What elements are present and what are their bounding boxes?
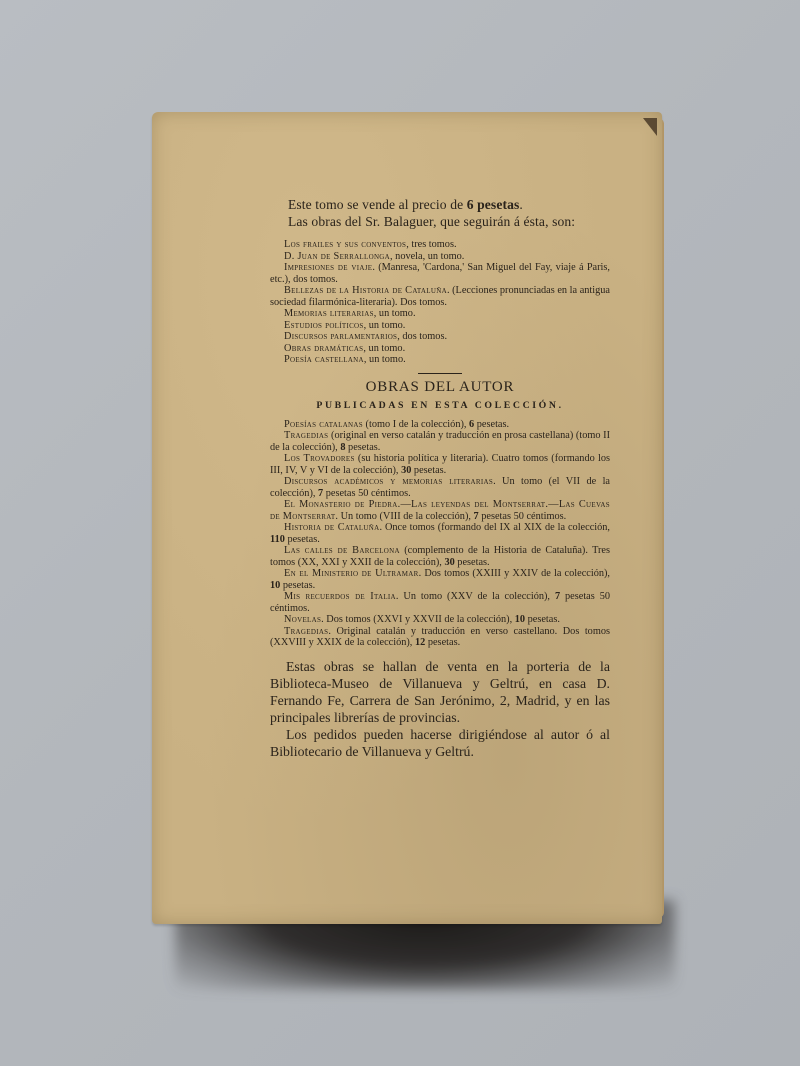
price-line: Este tomo se vende al precio de 6 peseta… [270,196,610,213]
work-detail: , un tomo. [364,320,406,331]
work-price-unit: pesetas. [474,419,509,430]
work-price-unit: pesetas. [285,534,320,545]
work-title: Los Trovadores [284,453,355,464]
published-work-item: Novelas. Dos tomos (XXVI y XXVII de la c… [270,614,610,626]
upcoming-works-list: Los frailes y sus conventos, tres tomos.… [270,239,610,366]
work-title: Tragedias [284,430,328,441]
published-work-item: El Monasterio de Piedra.—Las leyendas de… [270,499,610,522]
work-price-unit: pesetas. [455,557,490,568]
work-detail: . Once tomos (formando del IX al XIX de … [379,522,610,533]
closing-notes: Estas obras se hallan de venta en la por… [270,658,610,760]
work-price-unit: pesetas. [411,465,446,476]
upcoming-work-item: Memorias literarias, un tomo. [270,308,610,320]
work-detail: . Dos tomos (XXVI y XXVII de la colecció… [321,614,515,625]
work-detail: , un tomo. [364,354,406,365]
price-suffix: . [519,197,523,212]
work-title: Las calles de Barcelona [284,545,400,556]
orders-note: Los pedidos pueden hacerse dirigiéndose … [270,726,610,760]
work-price: 30 [401,465,411,476]
work-price-unit: pesetas. [525,614,560,625]
work-price: 12 [415,637,425,648]
work-title: Tragedias [284,626,328,637]
work-price: 110 [270,534,285,545]
upcoming-work-item: Discursos parlamentarios, dos tomos. [270,331,610,343]
work-title: En el Ministerio de Ultramar [284,568,419,579]
work-title: Impresiones de viaje [284,262,372,273]
price-prefix: Este tomo se vende al precio de [288,197,467,212]
work-detail: , un tomo. [374,308,416,319]
work-detail: (tomo I de la colección), [363,419,469,430]
divider-rule [418,373,462,374]
published-work-item: Tragedias. Original catalán y traducción… [270,626,610,649]
work-price-unit: pesetas 50 céntimos. [479,511,567,522]
published-work-item: Discursos académicos y memorias literari… [270,476,610,499]
upcoming-work-item: Estudios políticos, un tomo. [270,320,610,332]
published-work-item: Los Trovadores (su historia política y l… [270,453,610,476]
work-title: D. Juan de Serrallonga [284,251,390,262]
work-price-unit: pesetas. [425,637,460,648]
published-work-item: Historia de Cataluña. Once tomos (forman… [270,522,610,545]
upcoming-work-item: Obras dramáticas, un tomo. [270,343,610,355]
published-work-item: Tragedias (original en verso catalán y t… [270,430,610,453]
published-work-item: Mis recuerdos de Italia. Un tomo (XXV de… [270,591,610,614]
work-detail: , tres tomos. [406,239,456,250]
upcoming-intro: Las obras del Sr. Balaguer, que seguirán… [270,213,610,230]
section-subtitle: PUBLICADAS EN ESTA COLECCIÓN. [270,400,610,411]
work-detail: . Dos tomos (XXIII y XXIV de la colecció… [419,568,610,579]
work-detail: , un tomo. [363,343,405,354]
work-title: Poesías catalanas [284,419,363,430]
work-detail: . Un tomo (XXV de la colección), [396,591,555,602]
work-title: Estudios políticos [284,320,364,331]
work-title: Historia de Cataluña [284,522,379,533]
upcoming-work-item: Bellezas de la Historia de Cataluña. (Le… [270,285,610,308]
work-price-unit: pesetas. [345,442,380,453]
published-work-item: Poesías catalanas (tomo I de la colecció… [270,419,610,431]
work-title: Memorias literarias [284,308,374,319]
work-detail: , dos tomos. [397,331,447,342]
section-title: OBRAS DEL AUTOR [270,378,610,397]
folded-corner [643,118,657,136]
work-detail: . Un tomo (VIII de la colección), [335,511,473,522]
upcoming-work-item: Poesía castellana, un tomo. [270,354,610,366]
work-price: 10 [515,614,525,625]
cover-text: Este tomo se vende al precio de 6 peseta… [270,196,610,760]
work-price-unit: pesetas 50 céntimos. [323,488,411,499]
work-title: Discursos académicos y memorias literari… [284,476,493,487]
work-detail: , novela, un tomo. [390,251,464,262]
upcoming-work-item: Impresiones de viaje. (Manresa, 'Cardona… [270,262,610,285]
published-works-list: Poesías catalanas (tomo I de la colecció… [270,419,610,649]
upcoming-work-item: Los frailes y sus conventos, tres tomos. [270,239,610,251]
work-title: Los frailes y sus conventos [284,239,406,250]
published-work-item: En el Ministerio de Ultramar. Dos tomos … [270,568,610,591]
work-price: 10 [270,580,280,591]
work-price-unit: pesetas. [280,580,315,591]
work-title: Discursos parlamentarios [284,331,397,342]
price-value: 6 pesetas [467,197,520,212]
published-work-item: Las calles de Barcelona (complemento de … [270,545,610,568]
work-title: Obras dramáticas [284,343,363,354]
upcoming-work-item: D. Juan de Serrallonga, novela, un tomo. [270,251,610,263]
work-title: Poesía castellana [284,354,364,365]
work-title: Novelas [284,614,321,625]
work-price: 30 [444,557,454,568]
work-title: Bellezas de la Historia de Cataluña [284,285,447,296]
work-title: Mis recuerdos de Italia [284,591,396,602]
sales-note: Estas obras se hallan de venta en la por… [270,658,610,726]
